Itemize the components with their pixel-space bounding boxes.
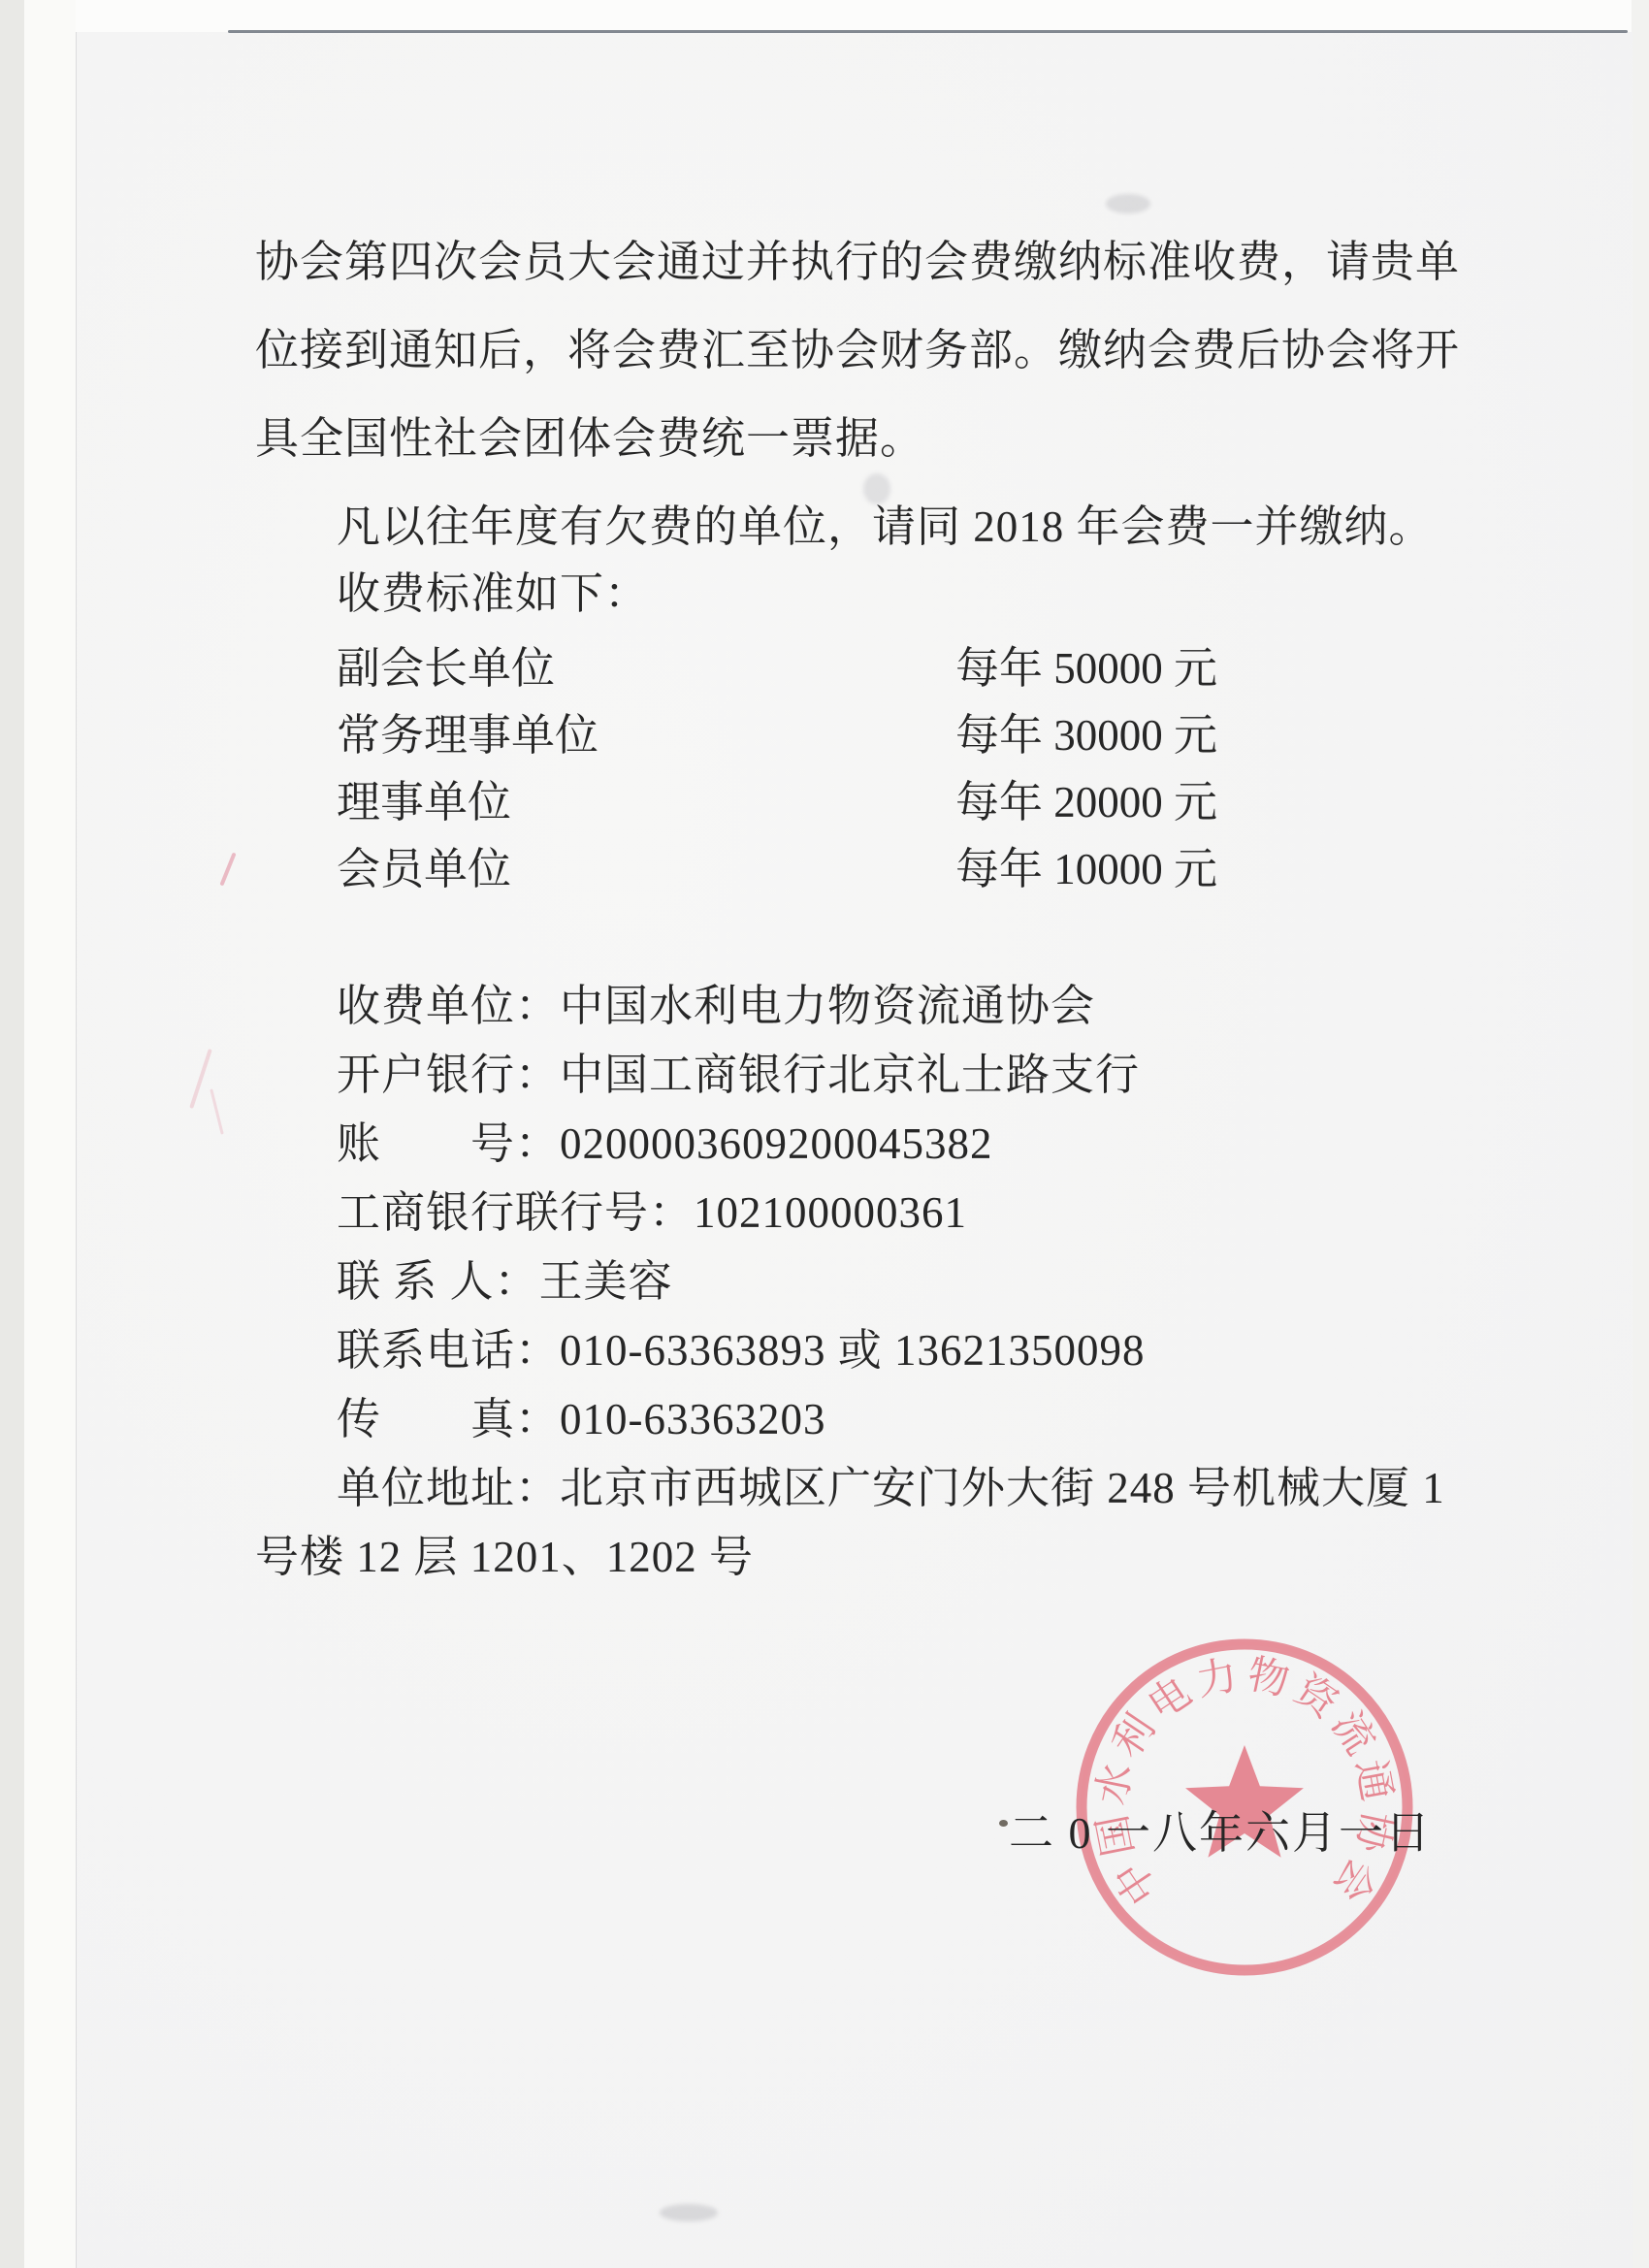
fee-tier-label: 常务理事单位 [337, 711, 598, 760]
fee-row-standing-director-unit: 常务理事单位 每年 30000 元 [337, 702, 1423, 769]
letter-date: 二 0 一八年六月一日 [1009, 1798, 1432, 1862]
scanned-letter-page: 协会第四次会员大会通过并执行的会费缴纳标准收费，请贵单 位接到通知后，将会费汇至… [0, 0, 1649, 2268]
fee-tier-label: 会员单位 [337, 845, 511, 893]
fee-row-member-unit: 会员单位 每年 10000 元 [337, 836, 1423, 903]
fee-amount: 每年 50000 元 [955, 635, 1217, 702]
scanner-edge-right [1632, 0, 1649, 2268]
info-line-fax: 传 真：010-63363203 [255, 1385, 1497, 1454]
payment-contact-info: 收费单位：中国水利电力物资流通协会 开户银行：中国工商银行北京礼士路支行 账 号… [255, 972, 1497, 1592]
body-line-3: 具全国性社会团体会费统一票据。 [255, 395, 1434, 483]
info-line-contact: 联 系 人：王美容 [255, 1247, 1497, 1316]
info-line-phone: 联系电话：010-63363893 或 13621350098 [255, 1316, 1497, 1385]
body-line-4: 凡以往年度有欠费的单位，请同 2018 年会费一并缴纳。 [255, 483, 1434, 571]
fee-table: 副会长单位 每年 50000 元 常务理事单位 每年 30000 元 理事单位 … [337, 635, 1423, 903]
body-line-1: 协会第四次会员大会通过并执行的会费缴纳标准收费，请贵单 [255, 218, 1434, 307]
info-line-bank-code: 工商银行联行号：102100000361 [255, 1179, 1497, 1247]
letter-body: 协会第四次会员大会通过并执行的会费缴纳标准收费，请贵单 位接到通知后，将会费汇至… [255, 218, 1434, 571]
info-line-account: 账 号：0200003609200045382 [255, 1110, 1497, 1179]
paper-outer-margin [24, 0, 76, 2268]
fee-standard-heading: 收费标准如下： [337, 570, 649, 617]
scanner-edge-left [0, 0, 24, 2268]
fee-row-director-unit: 理事单位 每年 20000 元 [337, 769, 1423, 836]
paper-top-shadow-line [228, 30, 1628, 33]
fee-amount: 每年 10000 元 [955, 836, 1217, 903]
info-line-bank: 开户银行：中国工商银行北京礼士路支行 [255, 1041, 1497, 1110]
fee-tier-label: 副会长单位 [337, 644, 555, 693]
fee-row-vice-president-unit: 副会长单位 每年 50000 元 [337, 635, 1423, 702]
info-line-payee: 收费单位：中国水利电力物资流通协会 [255, 972, 1497, 1041]
fee-tier-label: 理事单位 [337, 778, 511, 826]
info-line-address-1: 单位地址：北京市西城区广安门外大街 248 号机械大厦 1 [255, 1454, 1497, 1523]
info-line-address-2: 号楼 12 层 1201、1202 号 [255, 1523, 1497, 1592]
fee-amount: 每年 30000 元 [955, 702, 1217, 769]
body-line-2: 位接到通知后，将会费汇至协会财务部。缴纳会费后协会将开 [255, 307, 1434, 395]
scanner-edge-top [76, 0, 1649, 32]
fee-amount: 每年 20000 元 [955, 769, 1217, 836]
